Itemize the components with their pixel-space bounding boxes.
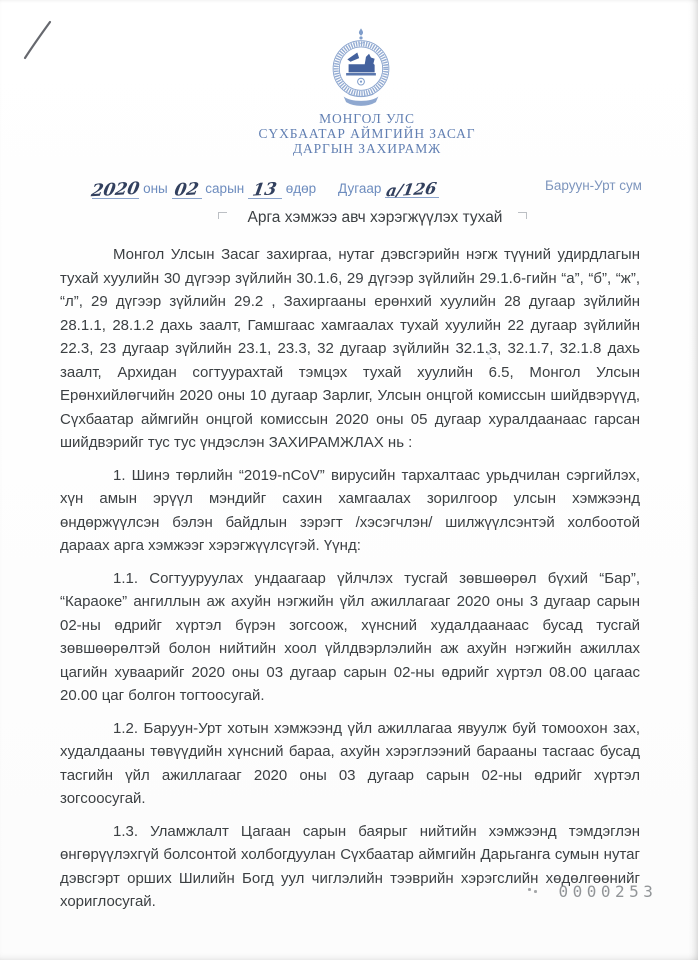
location-label: Баруун-Урт сум [545,178,642,193]
number-field: а/126 [385,178,439,198]
paragraph-clause-1-1: 1.1. Согтууруулах ундаагаар үйлчлэх тусг… [60,567,640,708]
document-body: Монгол Улсын Засаг захиргаа, нутаг дэвсг… [60,243,640,923]
title-row: Арга хэмжээ авч хэрэгжүүлэх тухай [0,209,698,227]
letterhead-doc-type: ДАРГЫН ЗАХИРАМЖ [36,141,698,156]
date-month-label: сарын [205,181,244,196]
document-title: Арга хэмжээ авч хэрэгжүүлэх тухай [248,209,503,227]
date-month-field: 02 [172,178,202,199]
crop-mark-left [218,212,227,219]
date-day-label: өдөр [286,181,316,196]
letterhead-org: СҮХБААТАР АЙМГИЙН ЗАСАГ [36,126,698,141]
date-month-handwritten: 02 [173,179,200,200]
date-group: 2020 оны 02 сарын 13 өдөр [92,178,316,199]
date-day-field: 13 [248,178,282,199]
date-day-handwritten: 13 [251,179,278,200]
number-label: Дугаар [338,181,381,196]
number-group: Дугаар а/126 [338,178,439,198]
paragraph-clause-1: 1. Шинэ төрлийн “2019-nCoV” вирусийн тар… [60,464,640,558]
stamp-serial-number: 0000253 [558,882,657,901]
paragraph-preamble: Монгол Улсын Засаг захиргаа, нутаг дэвсг… [60,243,640,455]
number-handwritten: а/126 [385,179,438,201]
state-emblem-icon [330,27,392,109]
crop-mark-right [518,212,527,219]
wind-horse [346,53,376,76]
date-year-field: 2020 [92,178,139,199]
date-year-label: оны [143,181,168,196]
paragraph-clause-1-2: 1.2. Баруун-Урт хотын хэмжээнд үйл ажилл… [60,717,640,811]
letterhead-country: МОНГОЛ УЛС [36,111,698,126]
date-year-handwritten: 2020 [90,179,141,201]
scanned-decree-page: МОНГОЛ УЛС СҮХБААТАР АЙМГИЙН ЗАСАГ ДАРГЫ… [0,0,698,960]
letterhead: МОНГОЛ УЛС СҮХБААТАР АЙМГИЙН ЗАСАГ ДАРГЫ… [36,111,698,156]
serial-stamp: 0000253 [528,882,657,902]
stamp-ink-dots [528,885,542,895]
pen-stroke-mark [14,12,74,72]
dateline: 2020 оны 02 сарын 13 өдөр Дугаар а/126 Б… [0,174,698,204]
